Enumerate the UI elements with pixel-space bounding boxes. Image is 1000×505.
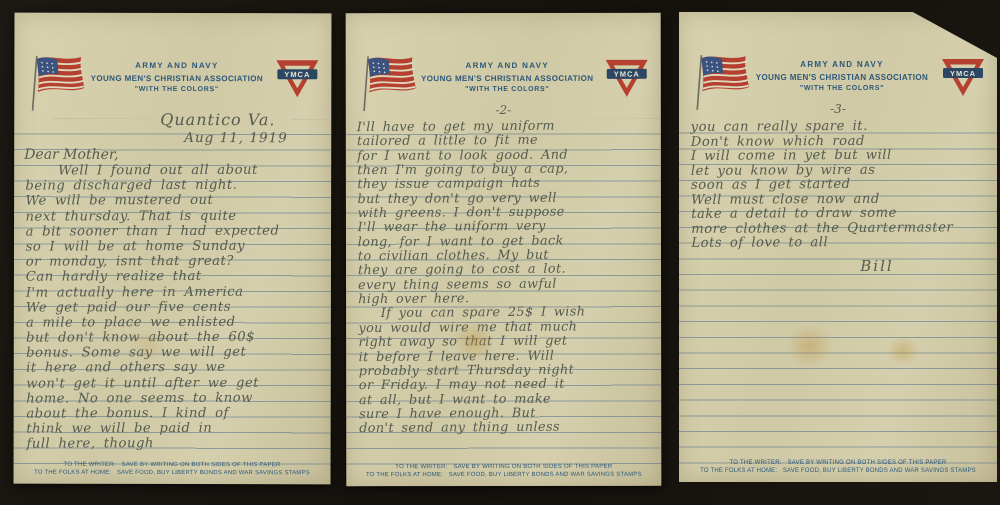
org-name-line1: ARMY AND NAVY: [76, 61, 277, 70]
handwritten-line: bonus. Some say we will get: [26, 345, 325, 361]
handwritten-line: more clothes at the Quartermaster: [691, 221, 991, 237]
handwritten-line: or monday, isnt that great?: [26, 254, 325, 270]
handwritten-line: Lots of love to all: [691, 235, 991, 251]
paper-stain: [130, 329, 166, 363]
handwritten-line: being discharged last night.: [25, 178, 324, 194]
handwritten-body: you can really spare it.Don't know which…: [691, 119, 992, 251]
handwritten-body: I'll have to get my uniformtailored a li…: [357, 119, 656, 437]
handwritten-line: We get paid our five cents: [26, 299, 325, 315]
footer-line1: TO THE WRITER: SAVE BY WRITING ON BOTH S…: [679, 460, 997, 466]
org-tagline: "WITH THE COLORS": [76, 86, 277, 93]
paper-stain: [454, 321, 494, 361]
letterhead-text: ARMY AND NAVY YOUNG MEN'S CHRISTIAN ASSO…: [408, 61, 607, 93]
handwritten-line: about the bonus. I kind of: [26, 405, 325, 421]
ymca-triangle-logo-icon: YMCA: [940, 58, 986, 98]
handwritten-line: it here and others say we: [26, 360, 325, 376]
ymca-triangle-logo-icon: YMCA: [274, 59, 320, 99]
org-tagline: "WITH THE COLORS": [741, 85, 943, 92]
handwritten-line: Well I found out all about: [25, 162, 324, 178]
handwritten-line: full here, though: [26, 436, 325, 452]
org-tagline: "WITH THE COLORS": [408, 86, 607, 93]
letter-signature: Bill: [860, 257, 893, 275]
stationery-footer: TO THE WRITER: SAVE BY WRITING ON BOTH S…: [346, 464, 661, 478]
ymca-logo-text: YMCA: [284, 70, 310, 79]
letter-page-2: ARMY AND NAVY YOUNG MEN'S CHRISTIAN ASSO…: [346, 13, 662, 486]
handwritten-line: I'm actually here in America: [26, 284, 325, 300]
org-name-line1: ARMY AND NAVY: [741, 60, 943, 69]
handwritten-line: next thursday. That is quite: [25, 208, 324, 224]
stationery-footer: TO THE WRITER: SAVE BY WRITING ON BOTH S…: [14, 462, 331, 477]
handwritten-line: Can hardly realize that: [26, 269, 325, 285]
handwritten-line: think we will be paid in: [26, 421, 325, 437]
page-number: -3-: [679, 102, 997, 116]
letter-place: Quantico Va.: [160, 110, 275, 129]
ymca-triangle-logo-icon: YMCA: [604, 59, 650, 99]
handwritten-line: but don't know about the 60$: [26, 329, 325, 345]
footer-line2: TO THE FOLKS AT HOME: SAVE FOOD, BUY LIB…: [14, 470, 331, 477]
letterhead-text: ARMY AND NAVY YOUNG MEN'S CHRISTIAN ASSO…: [76, 61, 277, 93]
org-name-line2: YOUNG MEN'S CHRISTIAN ASSOCIATION: [76, 73, 277, 82]
handwritten-line: won't get it until after we get: [26, 375, 325, 391]
footer-line2: TO THE FOLKS AT HOME: SAVE FOOD, BUY LIB…: [346, 472, 661, 478]
org-name-line2: YOUNG MEN'S CHRISTIAN ASSOCIATION: [741, 73, 943, 82]
scanned-letter-photo: ARMY AND NAVY YOUNG MEN'S CHRISTIAN ASSO…: [0, 0, 1000, 505]
handwritten-line: home. No one seems to know: [26, 390, 325, 406]
handwritten-line: We will be mustered out: [25, 193, 324, 209]
letterhead-text: ARMY AND NAVY YOUNG MEN'S CHRISTIAN ASSO…: [741, 60, 943, 92]
handwritten-line: a bit sooner than I had expected: [26, 223, 325, 239]
stationery-header: ARMY AND NAVY YOUNG MEN'S CHRISTIAN ASSO…: [346, 13, 661, 117]
handwritten-line: don't send any thing unless: [359, 420, 656, 437]
org-name-line1: ARMY AND NAVY: [408, 61, 607, 70]
stationery-footer: TO THE WRITER: SAVE BY WRITING ON BOTH S…: [679, 460, 997, 474]
paper-stain: [887, 336, 919, 366]
letter-page-1: ARMY AND NAVY YOUNG MEN'S CHRISTIAN ASSO…: [14, 13, 332, 485]
handwritten-line: so I will be at home Sunday: [26, 238, 325, 254]
stationery-header: ARMY AND NAVY YOUNG MEN'S CHRISTIAN ASSO…: [14, 13, 331, 118]
paper-stain: [787, 324, 833, 368]
letter-page-3: ARMY AND NAVY YOUNG MEN'S CHRISTIAN ASSO…: [679, 12, 997, 482]
ymca-logo-text: YMCA: [950, 69, 976, 78]
letter-salutation: Dear Mother,: [24, 147, 118, 163]
org-name-line2: YOUNG MEN'S CHRISTIAN ASSOCIATION: [408, 73, 607, 82]
ymca-logo-text: YMCA: [614, 70, 640, 79]
letter-date: Aug 11, 1919: [184, 130, 288, 146]
footer-line1: TO THE WRITER: SAVE BY WRITING ON BOTH S…: [14, 462, 331, 469]
handwritten-line: a mile to place we enlisted: [26, 314, 325, 330]
stationery-header: ARMY AND NAVY YOUNG MEN'S CHRISTIAN ASSO…: [679, 12, 997, 116]
handwritten-body: Well I found out all aboutbeing discharg…: [25, 162, 325, 452]
footer-line1: TO THE WRITER: SAVE BY WRITING ON BOTH S…: [346, 464, 661, 470]
footer-line2: TO THE FOLKS AT HOME: SAVE FOOD, BUY LIB…: [679, 468, 997, 474]
page-number: -2-: [346, 103, 661, 117]
